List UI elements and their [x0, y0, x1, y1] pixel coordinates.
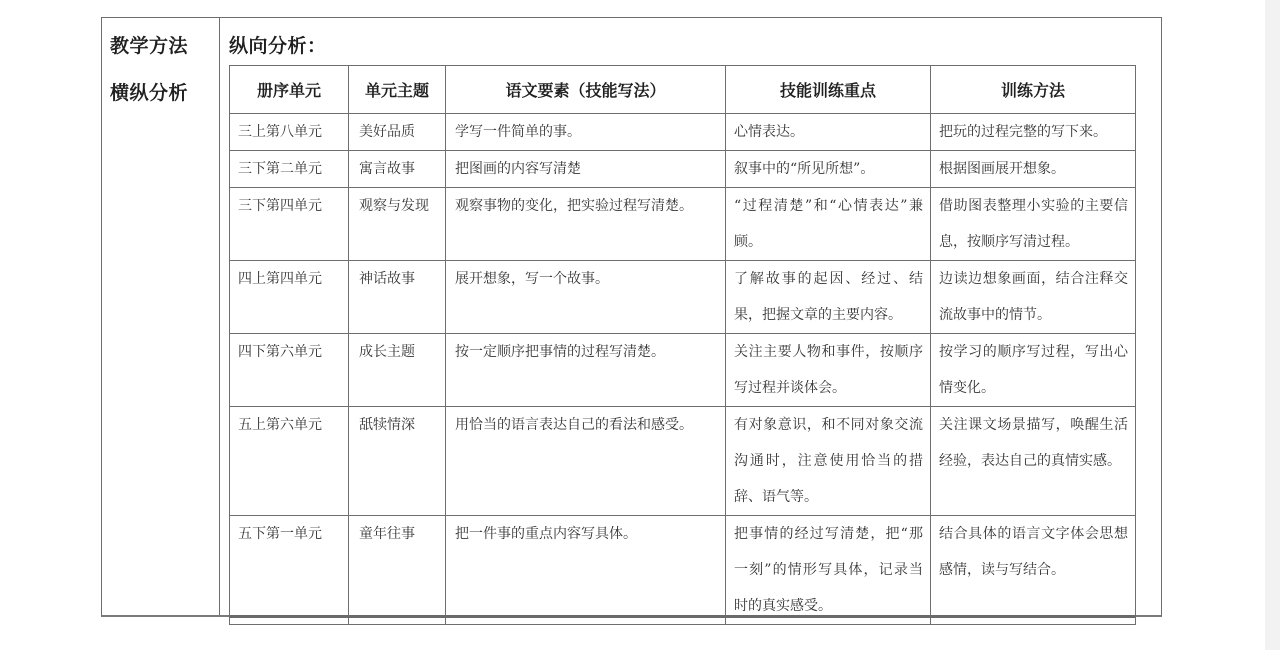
cell-theme: 童年往事: [349, 516, 446, 625]
cell-training-method: 按学习的顺序写过程，写出心情变化。: [931, 334, 1136, 407]
cell-skill-focus: 心情表达。: [726, 114, 931, 151]
cell-unit: 四下第六单元: [230, 334, 349, 407]
label-analysis-type: 横纵分析: [110, 78, 188, 105]
table-row: 四下第六单元 成长主题 按一定顺序把事情的过程写清楚。 关注主要人物和事件，按顺…: [230, 334, 1136, 407]
cell-training-method: 把玩的过程完整的写下来。: [931, 114, 1136, 151]
cell-language-element: 用恰当的语言表达自己的看法和感受。: [446, 407, 726, 516]
header-theme: 单元主题: [349, 66, 446, 114]
teaching-method-table: 教学方法 横纵分析 纵向分析： 册序单元 单元主题 语文要素（技能写法） 技能训…: [101, 17, 1162, 617]
cell-skill-focus: “过程清楚”和“心情表达”兼顾。: [726, 188, 931, 261]
cell-unit: 三下第二单元: [230, 151, 349, 188]
cell-unit: 四上第四单元: [230, 261, 349, 334]
vertical-analysis-table: 册序单元 单元主题 语文要素（技能写法） 技能训练重点 训练方法 三上第八单元 …: [229, 65, 1136, 625]
cell-theme: 神话故事: [349, 261, 446, 334]
table-row: 五下第一单元 童年往事 把一件事的重点内容写具体。 把事情的经过写清楚，把“那一…: [230, 516, 1136, 625]
table-bottom-rule: [229, 615, 1135, 618]
cell-language-element: 按一定顺序把事情的过程写清楚。: [446, 334, 726, 407]
left-header-column: 教学方法 横纵分析: [102, 18, 220, 615]
table-row: 三上第八单元 美好品质 学写一件简单的事。 心情表达。 把玩的过程完整的写下来。: [230, 114, 1136, 151]
cell-training-method: 边读边想象画面，结合注释交流故事中的情节。: [931, 261, 1136, 334]
cell-language-element: 观察事物的变化，把实验过程写清楚。: [446, 188, 726, 261]
cell-theme: 寓言故事: [349, 151, 446, 188]
cell-language-element: 把一件事的重点内容写具体。: [446, 516, 726, 625]
cell-skill-focus: 关注主要人物和事件，按顺序写过程并谈体会。: [726, 334, 931, 407]
cell-unit: 三上第八单元: [230, 114, 349, 151]
cell-theme: 成长主题: [349, 334, 446, 407]
label-teaching-method: 教学方法: [110, 31, 188, 58]
cell-unit: 五下第一单元: [230, 516, 349, 625]
cell-skill-focus: 有对象意识，和不同对象交流沟通时，注意使用恰当的措辞、语气等。: [726, 407, 931, 516]
cell-training-method: 借助图表整理小实验的主要信息，按顺序写清过程。: [931, 188, 1136, 261]
cell-training-method: 关注课文场景描写，唤醒生活经验，表达自己的真情实感。: [931, 407, 1136, 516]
table-row: 三下第四单元 观察与发现 观察事物的变化，把实验过程写清楚。 “过程清楚”和“心…: [230, 188, 1136, 261]
cell-unit: 五上第六单元: [230, 407, 349, 516]
table-row: 四上第四单元 神话故事 展开想象，写一个故事。 了解故事的起因、经过、结果，把握…: [230, 261, 1136, 334]
cell-theme: 舐犊情深: [349, 407, 446, 516]
table-header-row: 册序单元 单元主题 语文要素（技能写法） 技能训练重点 训练方法: [230, 66, 1136, 114]
cell-theme: 观察与发现: [349, 188, 446, 261]
cell-theme: 美好品质: [349, 114, 446, 151]
cell-training-method: 结合具体的语言文字体会思想感情，读与写结合。: [931, 516, 1136, 625]
cell-training-method: 根据图画展开想象。: [931, 151, 1136, 188]
cell-unit: 三下第四单元: [230, 188, 349, 261]
table-row: 五上第六单元 舐犊情深 用恰当的语言表达自己的看法和感受。 有对象意识，和不同对…: [230, 407, 1136, 516]
section-title: 纵向分析：: [229, 31, 327, 58]
cell-skill-focus: 把事情的经过写清楚，把“那一刻”的情形写具体，记录当时的真实感受。: [726, 516, 931, 625]
header-training-method: 训练方法: [931, 66, 1136, 114]
cell-skill-focus: 了解故事的起因、经过、结果，把握文章的主要内容。: [726, 261, 931, 334]
cell-skill-focus: 叙事中的“所见所想”。: [726, 151, 931, 188]
cell-language-element: 学写一件简单的事。: [446, 114, 726, 151]
header-unit: 册序单元: [230, 66, 349, 114]
header-language-element: 语文要素（技能写法）: [446, 66, 726, 114]
cell-language-element: 把图画的内容写清楚: [446, 151, 726, 188]
header-skill-focus: 技能训练重点: [726, 66, 931, 114]
page-edge-shade: [1265, 0, 1280, 650]
cell-language-element: 展开想象，写一个故事。: [446, 261, 726, 334]
table-row: 三下第二单元 寓言故事 把图画的内容写清楚 叙事中的“所见所想”。 根据图画展开…: [230, 151, 1136, 188]
